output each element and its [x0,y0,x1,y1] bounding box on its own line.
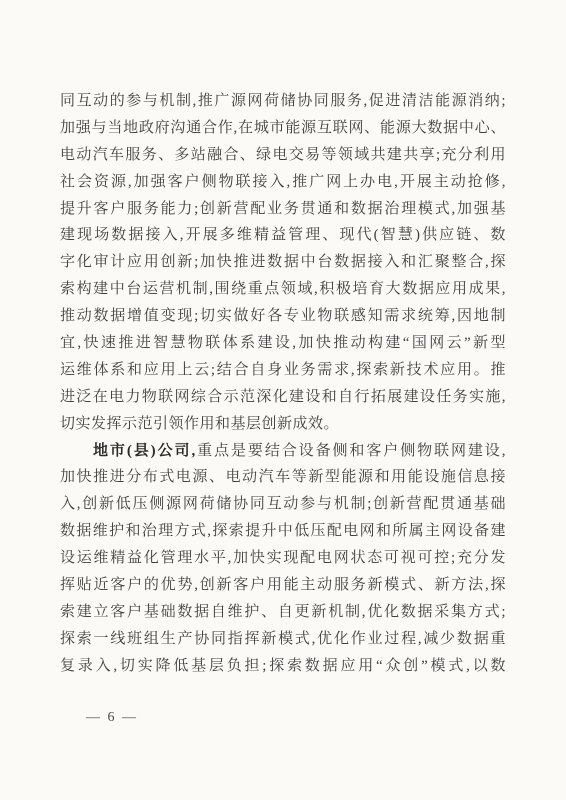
text-line: 进泛在电力物联网综合示范深化建设和自行拓展建设任务实施, [60,384,506,411]
text-line: 挥贴近客户的优势,创新客户用能主动服务新模式、新方法,探 [60,572,506,599]
paragraph-lead-bold: 地市(县)公司, [93,443,196,459]
text-line: 加快推进分布式电源、电动汽车等新型能源和用能设施信息接 [60,464,506,491]
text-line-content: 索建立客户基础数据自维护、自更新机制,优化数据采集方式; [60,604,506,620]
text-line-content: 复录入,切实降低基层负担;探索数据应用“众创”模式,以数 [60,658,506,674]
text-line: 数据维护和治理方式,探索提升中低压配电网和所属主网设备建 [60,518,506,545]
text-line-content: 索构建中台运营机制,围绕重点领域,积极培育大数据应用成果, [60,281,506,297]
document-page: 同互动的参与机制,推广源网荷储协同服务,促进清洁能源消纳;加强与当地政府沟通合作… [0,0,566,800]
text-line-content: 推动数据增值变现;切实做好各专业物联感知需求统筹,因地制 [60,308,506,324]
page-number: — 6 — [86,710,138,726]
text-line: 入,创新低压侧源网荷储协同互动参与机制;创新营配贯通基础 [60,491,506,518]
text-line: 字化审计应用创新;加快推进数据中台数据接入和汇聚整合,探 [60,249,506,276]
text-line-content: 探索一线班组生产协同指挥新模式,优化作业过程,减少数据重 [60,631,506,647]
text-line-content: 加快推进分布式电源、电动汽车等新型能源和用能设施信息接 [60,469,506,485]
text-line: 探索一线班组生产协同指挥新模式,优化作业过程,减少数据重 [60,626,506,653]
text-line: 社会资源,加强客户侧物联接入,推广网上办电,开展主动抢修, [60,169,506,196]
text-line: 电动汽车服务、多站融合、绿电交易等领域共建共享;充分利用 [60,142,506,169]
text-line: 提升客户服务能力;创新营配业务贯通和数据治理模式,加强基 [60,196,506,223]
text-line-content: 字化审计应用创新;加快推进数据中台数据接入和汇聚整合,探 [60,254,506,270]
text-line-content: 重点是要结合设备侧和客户侧物联网建设, [196,443,506,459]
text-line-content: 同互动的参与机制,推广源网荷储协同服务,促进清洁能源消纳; [60,93,506,109]
text-line: 建现场数据接入,开展多维精益管理、现代(智慧)供应链、数 [60,222,506,249]
text-line-content: 建现场数据接入,开展多维精益管理、现代(智慧)供应链、数 [60,227,506,243]
text-line: 索构建中台运营机制,围绕重点领域,积极培育大数据应用成果, [60,276,506,303]
text-line-content: 挥贴近客户的优势,创新客户用能主动服务新模式、新方法,探 [60,577,506,593]
text-line: 运维体系和应用上云;结合自身业务需求,探索新技术应用。推 [60,357,506,384]
text-line-content: 入,创新低压侧源网荷储协同互动参与机制;创新营配贯通基础 [60,496,506,512]
text-line-content: 进泛在电力物联网综合示范深化建设和自行拓展建设任务实施, [60,389,506,405]
text-line: 复录入,切实降低基层负担;探索数据应用“众创”模式,以数 [60,653,506,680]
text-line: 宜,快速推进智慧物联体系建设,加快推动构建“国网云”新型 [60,330,506,357]
text-line-content: 提升客户服务能力;创新营配业务贯通和数据治理模式,加强基 [60,201,506,217]
text-line-content: 加强与当地政府沟通合作,在城市能源互联网、能源大数据中心、 [60,120,506,136]
page-number-label: — 6 — [86,710,138,725]
text-line-content: 运维体系和应用上云;结合自身业务需求,探索新技术应用。推 [60,362,506,378]
text-line: 推动数据增值变现;切实做好各专业物联感知需求统筹,因地制 [60,303,506,330]
text-line-content: 切实发挥示范引领作用和基层创新成效。 [60,416,339,432]
text-line-content: 设运维精益化管理水平,加快实现配电网状态可视可控;充分发 [60,550,506,566]
text-line: 加强与当地政府沟通合作,在城市能源互联网、能源大数据中心、 [60,115,506,142]
text-line-content: 电动汽车服务、多站融合、绿电交易等领域共建共享;充分利用 [60,147,506,163]
text-line: 地市(县)公司,重点是要结合设备侧和客户侧物联网建设, [60,438,506,465]
text-line-content: 宜,快速推进智慧物联体系建设,加快推动构建“国网云”新型 [60,335,506,351]
text-line: 同互动的参与机制,推广源网荷储协同服务,促进清洁能源消纳; [60,88,506,115]
text-line-content: 数据维护和治理方式,探索提升中低压配电网和所属主网设备建 [60,523,506,539]
text-line: 索建立客户基础数据自维护、自更新机制,优化数据采集方式; [60,599,506,626]
text-line: 设运维精益化管理水平,加快实现配电网状态可视可控;充分发 [60,545,506,572]
text-line-content: 社会资源,加强客户侧物联接入,推广网上办电,开展主动抢修, [60,174,506,190]
text-line: 切实发挥示范引领作用和基层创新成效。 [60,411,506,438]
body-text: 同互动的参与机制,推广源网荷储协同服务,促进清洁能源消纳;加强与当地政府沟通合作… [60,88,506,680]
